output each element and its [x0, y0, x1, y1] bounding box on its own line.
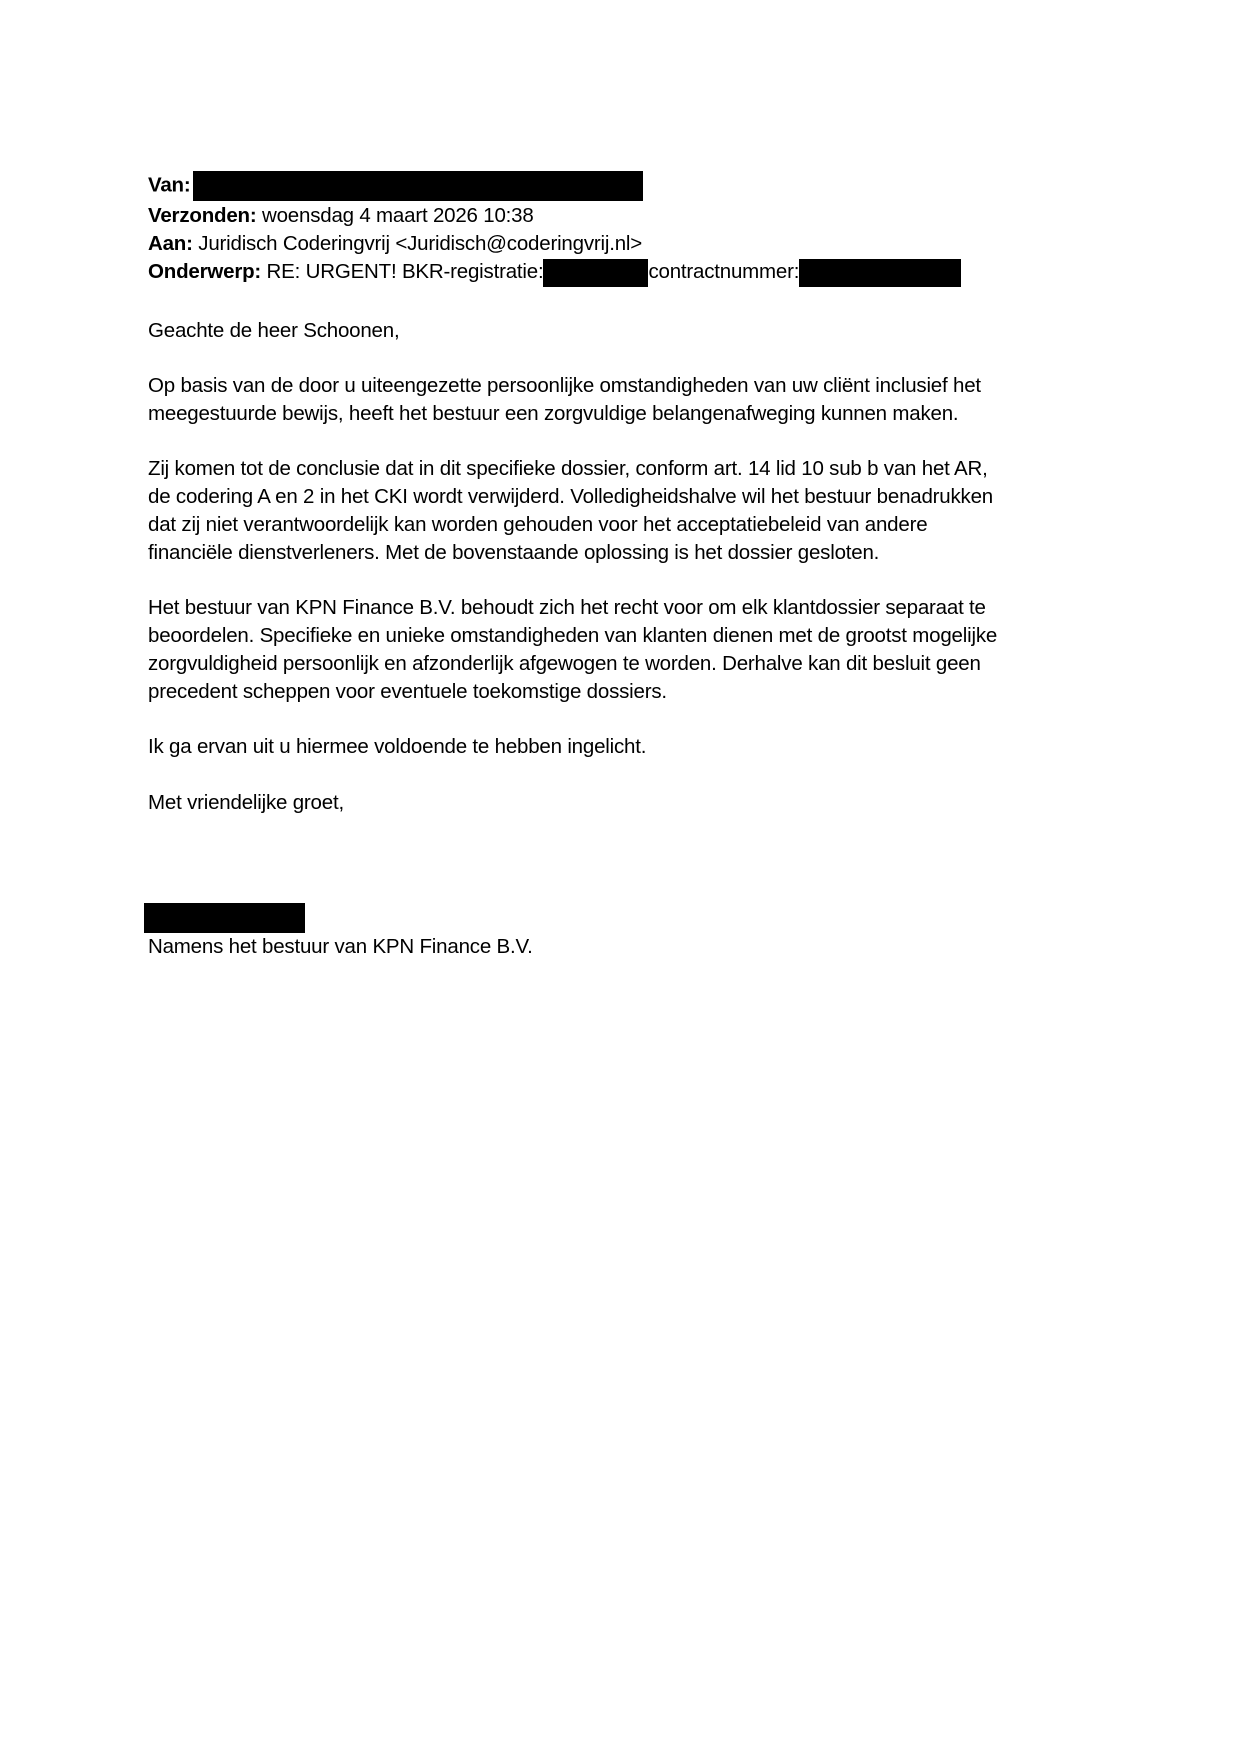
subject-prefix: RE: URGENT! BKR-registratie: — [267, 260, 544, 283]
signature-redaction — [144, 903, 305, 933]
sent-value: woensdag 4 maart 2026 10:38 — [262, 204, 534, 227]
sent-label: Verzonden: — [148, 204, 257, 227]
paragraph-2: Zij komen tot de conclusie dat in dit sp… — [148, 455, 1108, 567]
bkr-registration-redaction — [543, 259, 648, 287]
subject-label: Onderwerp: — [148, 260, 261, 283]
paragraph-3-line: beoordelen. Specifieke en unieke omstand… — [148, 622, 1108, 650]
signature-line: Namens het bestuur van KPN Finance B.V. — [148, 933, 533, 961]
paragraph-3: Het bestuur van KPN Finance B.V. behoudt… — [148, 594, 1108, 706]
paragraph-3-line: precedent scheppen voor eventuele toekom… — [148, 678, 1108, 706]
paragraph-1-line: Op basis van de door u uiteengezette per… — [148, 372, 1108, 400]
from-line: Van: — [148, 171, 643, 201]
paragraph-2-line: financiële dienstverleners. Met de boven… — [148, 539, 1108, 567]
to-value: Juridisch Coderingvrij <Juridisch@coderi… — [198, 232, 642, 255]
paragraph-3-line: Het bestuur van KPN Finance B.V. behoudt… — [148, 594, 1108, 622]
sent-line: Verzonden: woensdag 4 maart 2026 10:38 — [148, 202, 534, 230]
paragraph-2-line: de codering A en 2 in het CKI wordt verw… — [148, 483, 1108, 511]
paragraph-2-line: Zij komen tot de conclusie dat in dit sp… — [148, 455, 1108, 483]
from-label: Van: — [148, 173, 191, 196]
subject-line: Onderwerp: RE: URGENT! BKR-registratie:c… — [148, 258, 961, 287]
paragraph-1-line: meegestuurde bewijs, heeft het bestuur e… — [148, 400, 1108, 428]
closing: Met vriendelijke groet, — [148, 789, 344, 817]
paragraph-2-line: dat zij niet verantwoordelijk kan worden… — [148, 511, 1108, 539]
paragraph-1: Op basis van de door u uiteengezette per… — [148, 372, 1108, 428]
contract-number-redaction — [799, 259, 961, 287]
letter-page: Van: Verzonden: woensdag 4 maart 2026 10… — [0, 0, 1241, 1755]
from-redaction — [193, 171, 643, 201]
subject-mid: contractnummer: — [648, 260, 799, 283]
to-line: Aan: Juridisch Coderingvrij <Juridisch@c… — [148, 230, 642, 258]
salutation: Geachte de heer Schoonen, — [148, 317, 399, 345]
paragraph-3-line: zorgvuldigheid persoonlijk en afzonderli… — [148, 650, 1108, 678]
paragraph-4: Ik ga ervan uit u hiermee voldoende te h… — [148, 733, 646, 761]
to-label: Aan: — [148, 232, 193, 255]
